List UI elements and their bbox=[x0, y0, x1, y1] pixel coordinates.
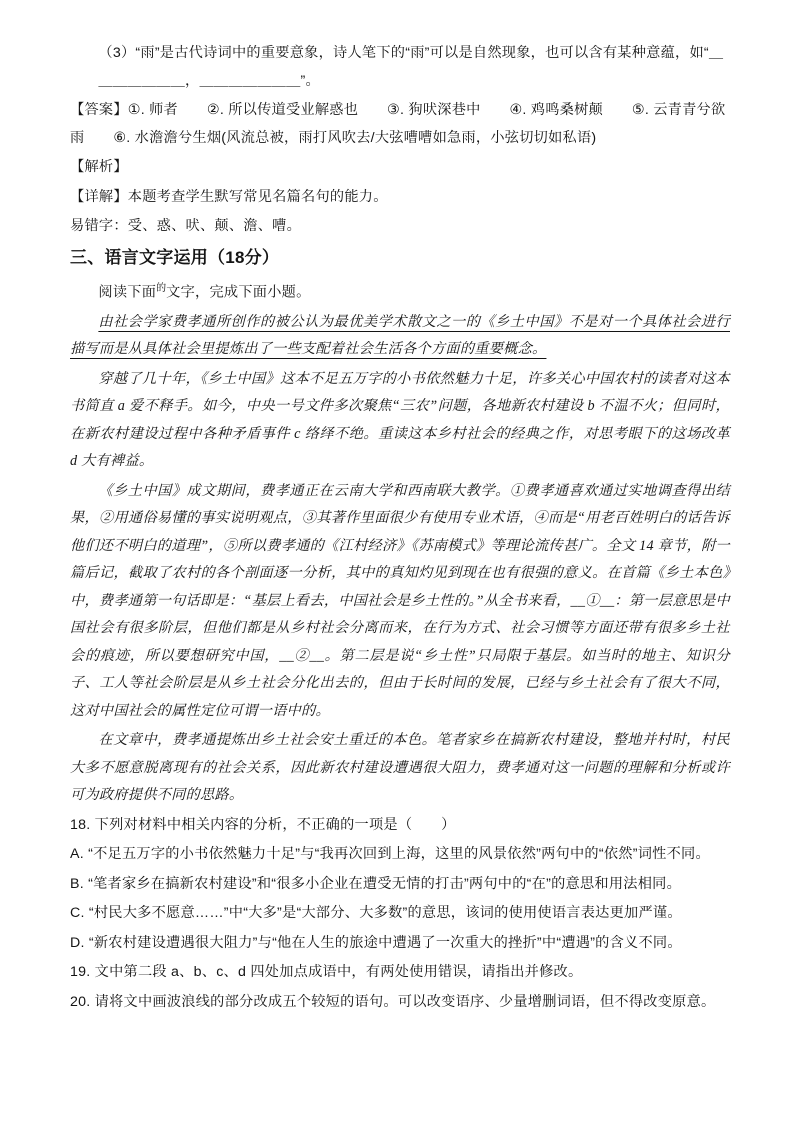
q19-text: 19. 文中第二段 a、b、c、d 四处加点成语中，有两处使用错误，请指出并修改… bbox=[70, 959, 730, 987]
passage-para-2: 《乡土中国》成文期间，费孝通正在云南大学和西南联大教学。①费孝通喜欢通过实地调查… bbox=[70, 478, 730, 726]
reading-intro: 阅读下面的文字，完成下面小题。 bbox=[70, 275, 730, 307]
reading-intro-pre: 阅读下面 bbox=[98, 284, 156, 300]
question-3-line: （3）“雨”是古代诗词中的重要意象，诗人笔下的“雨”可以是自然现象，也可以含有某… bbox=[98, 45, 723, 89]
q18-option-c: C. “村民大多不愿意……”中“大多”是“大部分、大多数”的意思，该词的使用使语… bbox=[70, 900, 730, 928]
section-title: 三、语言文字运用（18分） bbox=[70, 243, 730, 273]
error-chars-line: 易错字：受、惑、吠、颠、澹、嘈。 bbox=[70, 213, 730, 241]
passage-para-3: 在文章中，费孝通提炼出乡土社会安土重迁的本色。笔者家乡在搞新农村建设，整地并村时… bbox=[70, 727, 730, 810]
answer-items: ①. 师者 ②. 所以传道受业解惑也 ③. 狗吠深巷中 ④. 鸡鸣桑树颠 ⑤. … bbox=[70, 102, 725, 146]
answer-line: 【答案】①. 师者 ②. 所以传道受业解惑也 ③. 狗吠深巷中 ④. 鸡鸣桑树颠… bbox=[70, 97, 730, 152]
q18-option-b: B. “笔者家乡在搞新农村建设”和“很多小企业在遭受无情的打击”两句中的“在”的… bbox=[70, 871, 730, 899]
q18-stem: 18. 下列对材料中相关内容的分析，不正确的一项是（ ） bbox=[70, 812, 730, 840]
q18-option-a: A. “不足五万字的小书依然魅力十足”与“我再次回到上海，这里的风景依然”两句中… bbox=[70, 841, 730, 869]
reading-intro-superscript: 的 bbox=[156, 283, 166, 294]
question-3-text: （3）“雨”是古代诗词中的重要意象，诗人笔下的“雨”可以是自然现象，也可以含有某… bbox=[98, 40, 730, 95]
passage-underlined: 由社会学家费孝通所创作的被公认为最优美学术散文之一的《乡土中国》不是对一个具体社… bbox=[70, 309, 730, 364]
answer-label: 【答案】 bbox=[70, 102, 128, 118]
passage-para-1: 穿越了几十年，《乡土中国》这本不足五万字的小书依然魅力十足，许多关心中国农村的读… bbox=[70, 366, 730, 476]
detail-line: 【详解】本题考查学生默写常见名篇名句的能力。 bbox=[70, 184, 730, 212]
q18-option-d: D. “新农村建设遭遇很大阻力”与“他在人生的旅途中遭遇了一次重大的挫折”中“遭… bbox=[70, 930, 730, 958]
reading-intro-post: 文字，完成下面小题。 bbox=[166, 284, 310, 300]
exam-page: （3）“雨”是古代诗词中的重要意象，诗人笔下的“雨”可以是自然现象，也可以含有某… bbox=[0, 0, 800, 1016]
q20-text: 20. 请将文中画波浪线的部分改成五个较短的语句。可以改变语序、少量增删词语，但… bbox=[70, 989, 730, 1017]
analysis-label: 【解析】 bbox=[70, 154, 730, 182]
